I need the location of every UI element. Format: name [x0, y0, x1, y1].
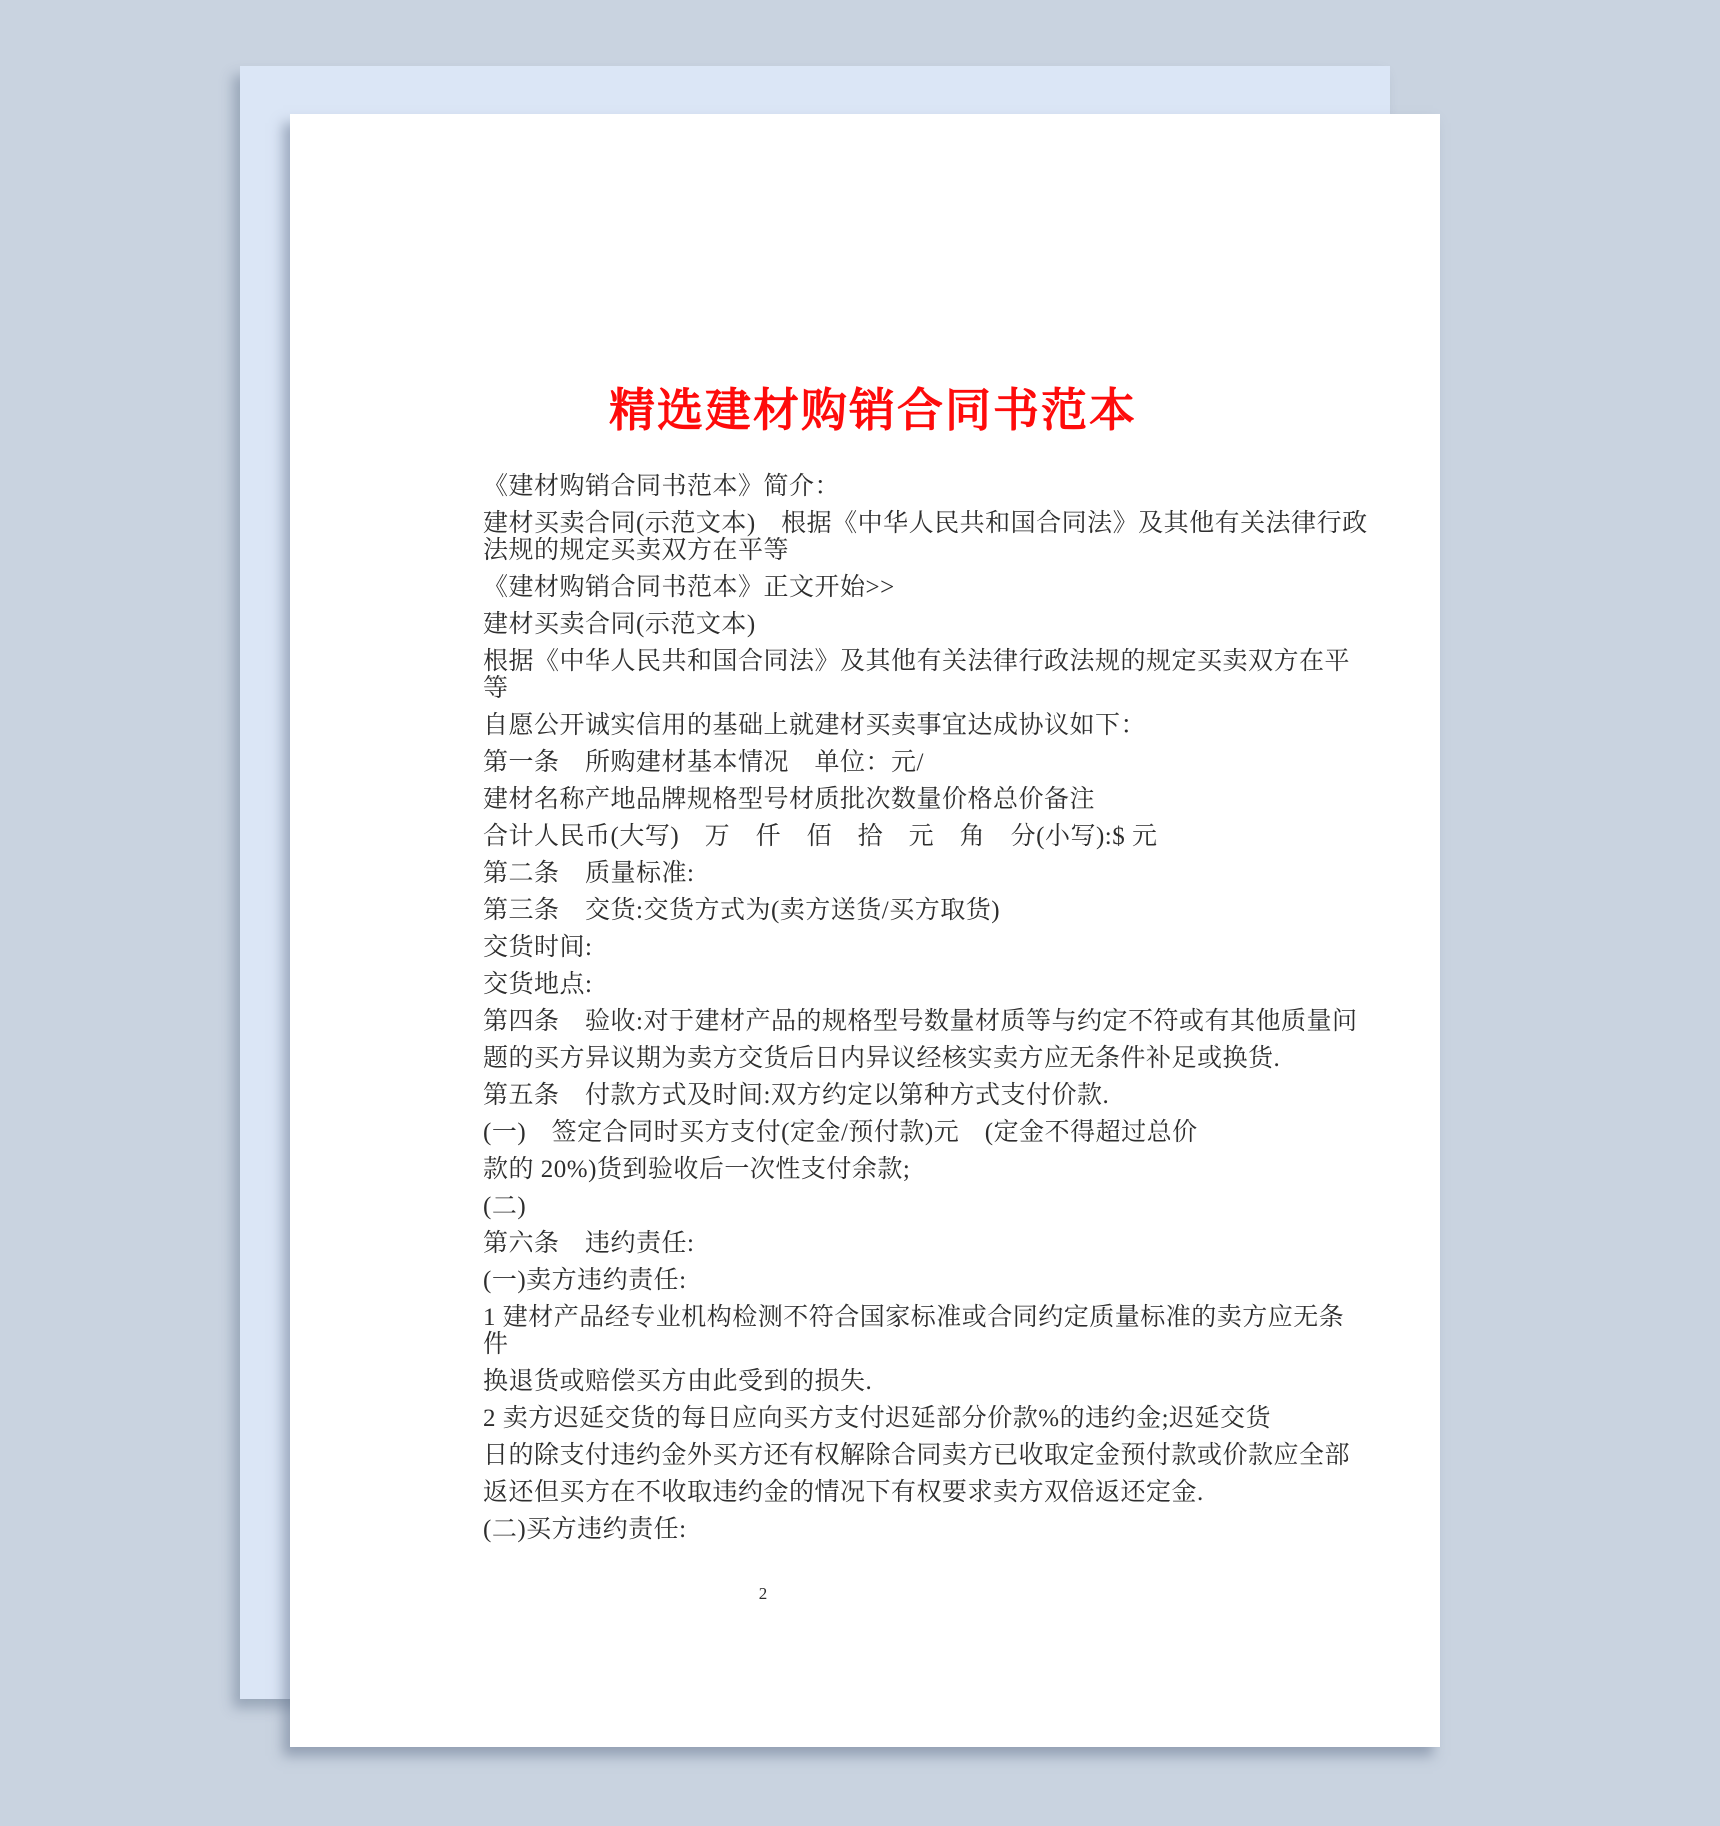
document-lines: 《建材购销合同书范本》简介：建材买卖合同(示范文本) 根据《中华人民共和国合同法… [483, 473, 1263, 1543]
document-line: 第四条 验收:对于建材产品的规格型号数量材质等与约定不符或有其他质量问 [483, 1008, 1263, 1035]
document-line: 款的 20%)货到验收后一次性支付余款; [483, 1156, 1263, 1183]
document-line: 合计人民币(大写) 万 仟 佰 拾 元 角 分(小写):$ 元 [483, 823, 1263, 850]
document-line: 第六条 违约责任: [483, 1230, 1263, 1257]
document-line: 建材买卖合同(示范文本) [483, 611, 1263, 638]
document-content: 精选建材购销合同书范本 《建材购销合同书范本》简介：建材买卖合同(示范文本) 根… [483, 114, 1263, 1543]
document-line: 1 建材产品经专业机构检测不符合国家标准或合同约定质量标准的卖方应无条 [483, 1304, 1263, 1331]
document-line: (二) [483, 1193, 1263, 1220]
document-line: 《建材购销合同书范本》正文开始>> [483, 574, 1263, 601]
document-line: 题的买方异议期为卖方交货后日内异议经核实卖方应无条件补足或换货. [483, 1045, 1263, 1072]
document-line: 第三条 交货:交货方式为(卖方送货/买方取货) [483, 897, 1263, 924]
document-line: 第二条 质量标准: [483, 860, 1263, 887]
document-line: (二)买方违约责任: [483, 1516, 1263, 1543]
document-line: 建材买卖合同(示范文本) 根据《中华人民共和国合同法》及其他有关法律行政 [483, 510, 1263, 537]
document-line: 日的除支付违约金外买方还有权解除合同卖方已收取定金预付款或价款应全部 [483, 1442, 1263, 1469]
document-line: 换退货或赔偿买方由此受到的损失. [483, 1368, 1263, 1395]
document-line: 第五条 付款方式及时间:双方约定以第种方式支付价款. [483, 1082, 1263, 1109]
document-title: 精选建材购销合同书范本 [483, 384, 1263, 436]
document-line: 根据《中华人民共和国合同法》及其他有关法律行政法规的规定买卖双方在平 [483, 648, 1263, 675]
document-line: 第一条 所购建材基本情况 单位：元/ [483, 749, 1263, 776]
desktop-background: { "colors": { "background": "#c9d3e0", "… [0, 0, 1720, 1826]
document-line: 交货地点: [483, 971, 1263, 998]
document-line: 返还但买方在不收取违约金的情况下有权要求卖方双倍返还定金. [483, 1479, 1263, 1506]
document-line: (一) 签定合同时买方支付(定金/预付款)元 (定金不得超过总价 [483, 1119, 1263, 1146]
document-line: 等 [483, 675, 1263, 702]
document-line: 件 [483, 1331, 1263, 1358]
document-line: (一)卖方违约责任: [483, 1267, 1263, 1294]
document-line: 建材名称产地品牌规格型号材质批次数量价格总价备注 [483, 786, 1263, 813]
document-line: 法规的规定买卖双方在平等 [483, 537, 1263, 564]
document-page: 精选建材购销合同书范本 《建材购销合同书范本》简介：建材买卖合同(示范文本) 根… [290, 114, 1440, 1747]
document-line: 自愿公开诚实信用的基础上就建材买卖事宜达成协议如下： [483, 712, 1263, 739]
document-line: 交货时间: [483, 934, 1263, 961]
document-line: 《建材购销合同书范本》简介： [483, 473, 1263, 500]
document-line: 2 卖方迟延交货的每日应向买方支付迟延部分价款%的违约金;迟延交货 [483, 1405, 1263, 1432]
page-number: 2 [743, 1585, 783, 1602]
